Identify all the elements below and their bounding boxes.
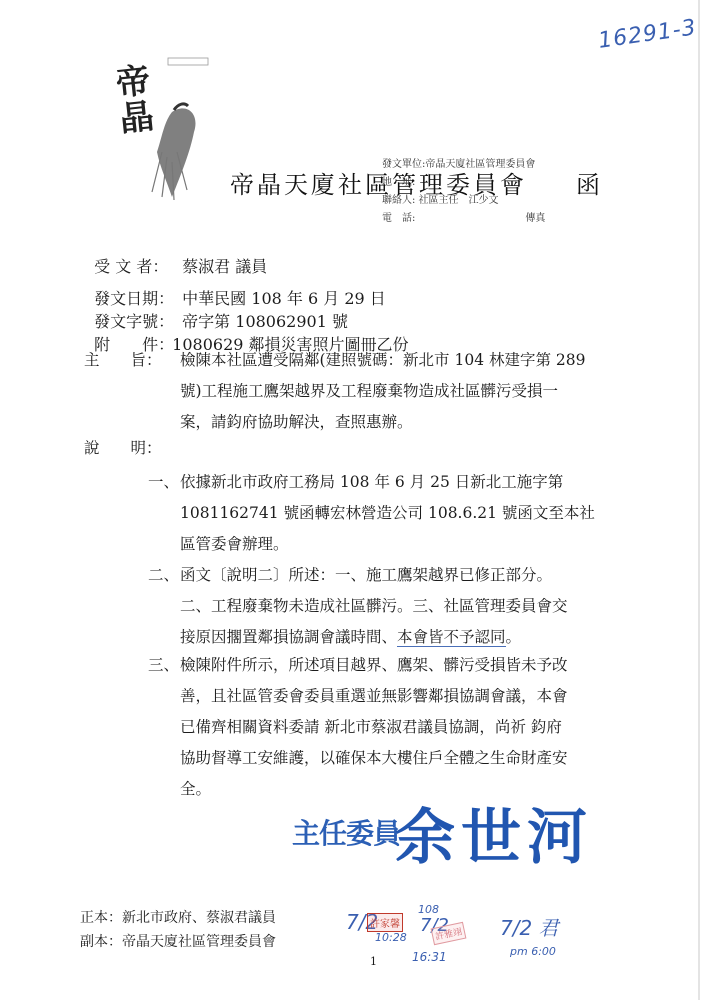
signature-name-stamp: 余世河 [395, 790, 593, 876]
item-line: 區管委會辦理。 [180, 529, 680, 560]
item-line: 二、工程廢棄物未造成社區髒污。三、社區管理委員會交 [180, 591, 680, 622]
signature-title-stamp: 主任委員 [292, 812, 400, 852]
item-number: 二、 [148, 560, 179, 591]
subject-label: 主 旨： [84, 345, 172, 376]
issuer-phone: 電 話:傳真 [382, 210, 545, 228]
item-line: 已備齊相關資料委請 新北市蔡淑君議員協調，尚祈 鈞府 [180, 712, 680, 743]
item-line: 協助督導工安維護，以確保本大樓住戶全體之生命財產安 [180, 743, 680, 774]
handwritten-date-c: 7/2 君 [500, 912, 559, 941]
item-line: 檢陳附件所示，所述項目越界、鷹架、髒污受損皆未予改 [180, 650, 680, 681]
explanation-item-1: 依據新北市政府工務局 108 年 6 月 25 日新北工施字第 10811627… [180, 467, 680, 560]
issuer-contact: 聯絡人: 社區主任 江少文 [382, 192, 545, 210]
subject-line: 檢陳本社區遭受隔鄰(建照號碼：新北市 104 林建字第 289 [180, 345, 670, 376]
copy-recipients: 副本：帝晶天廈社區管理委員會 [80, 931, 276, 951]
handwritten-time-b: 16:31 [412, 950, 447, 964]
explanation-label: 說 明： [84, 433, 162, 464]
item-line: 函文〔說明二〕所述：一、施工鷹架越界已修正部分。 [180, 560, 680, 591]
explanation-item-3: 檢陳附件所示，所述項目越界、鷹架、髒污受損皆未予改 善，且社區管委會委員重選並無… [180, 650, 680, 805]
subject-body: 檢陳本社區遭受隔鄰(建照號碼：新北市 104 林建字第 289 號)工程施工鷹架… [180, 345, 670, 438]
issuer-unit: 發文單位:帝晶天廈社區管理委員會 [382, 156, 545, 174]
subject-line: 號)工程施工鷹架越界及工程廢棄物造成社區髒污受損一 [180, 376, 670, 407]
item-line: 依據新北市政府工務局 108 年 6 月 25 日新北工施字第 [180, 467, 680, 498]
handwritten-time-a: 10:28 [375, 931, 407, 944]
issuer-info: 發文單位:帝晶天廈社區管理委員會 地 址: 聯絡人: 社區主任 江少文 電 話:… [382, 156, 545, 228]
page-number: 1 [370, 955, 377, 968]
explanation-item-2: 函文〔說明二〕所述：一、施工鷹架越界已修正部分。 二、工程廢棄物未造成社區髒污。… [180, 560, 680, 653]
receipt-seal-a: 許家馨 [367, 913, 403, 932]
item-line: 1081162741 號函轉宏林營造公司 108.6.21 號函文至本社 [180, 498, 680, 529]
handwritten-reference-number: 16291-3 [597, 15, 698, 54]
handwritten-time-c: pm 6:00 [510, 945, 556, 958]
document-type: 函 [576, 165, 600, 200]
item-number: 一、 [148, 467, 179, 498]
item-line: 接原因擱置鄰損協調會議時間、本會皆不予認同。 [180, 622, 680, 653]
underlined-emphasis: 本會皆不予認同 [397, 628, 506, 647]
item-line: 善，且社區管委會委員重選並無影響鄰損協調會議，本會 [180, 681, 680, 712]
item-number: 三、 [148, 650, 179, 681]
subject-line: 案，請鈞府協助解決，查照惠辦。 [180, 407, 670, 438]
page-edge [698, 0, 700, 1000]
issuer-address: 地 址: [382, 174, 545, 192]
original-recipients: 正本：新北市政府、蔡淑君議員 [80, 907, 276, 927]
issuer-fax: 傳真 [525, 213, 545, 224]
logo-text: 帝晶 [114, 62, 161, 138]
